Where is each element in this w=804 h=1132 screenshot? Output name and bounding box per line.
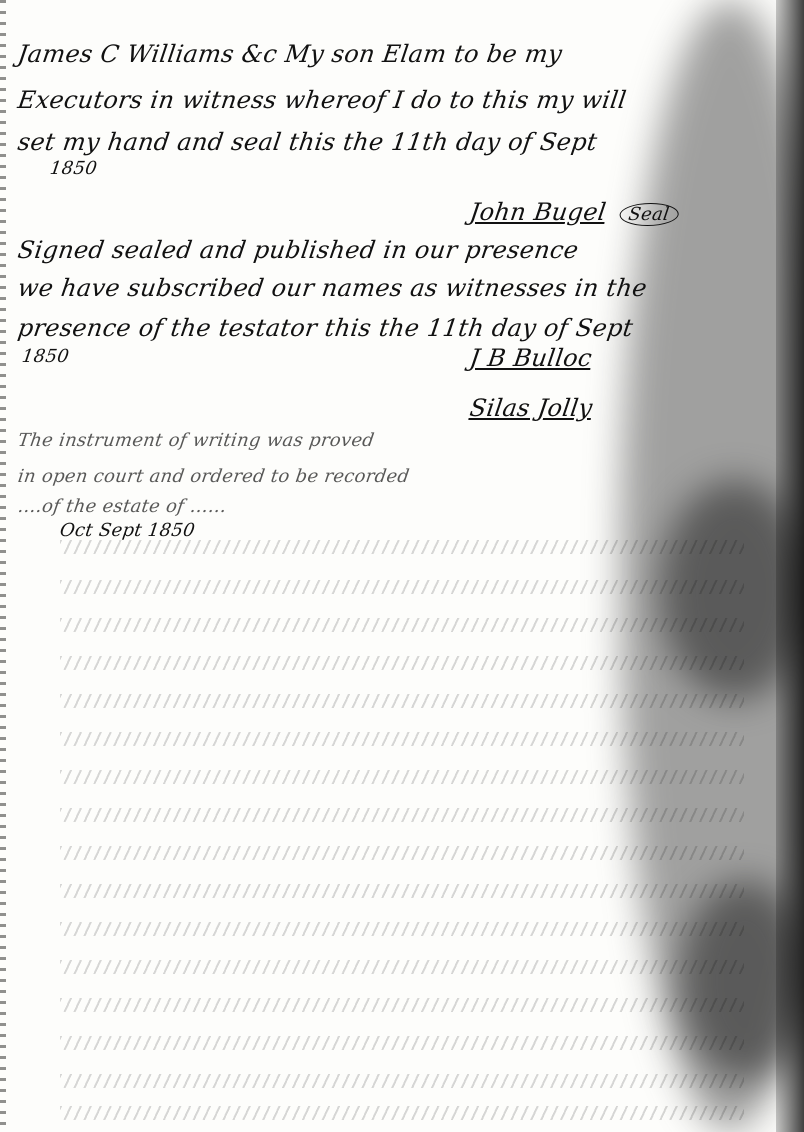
bleed-through-line	[60, 998, 744, 1012]
bleed-through-line	[60, 808, 744, 822]
bleed-through-line	[60, 846, 744, 860]
witness-signature: J B Bulloc	[468, 344, 594, 372]
text-line: ....of the estate of ......	[17, 496, 228, 517]
bleed-through-line	[60, 656, 744, 670]
signature-line: John Bugel Seal	[468, 198, 680, 226]
bleed-through-line	[60, 580, 744, 594]
testator-signature: John Bugel	[468, 198, 608, 226]
bleed-through-line	[60, 922, 744, 936]
left-page-edge	[0, 0, 6, 1132]
date-line: 1850	[21, 346, 71, 367]
witness-signature: Silas Jolly	[468, 394, 594, 422]
bleed-through-line	[60, 694, 744, 708]
bleed-through-line	[60, 960, 744, 974]
date-line: 1850	[49, 158, 99, 179]
text-line: presence of the testator this the 11th d…	[16, 314, 635, 342]
right-page-edge	[776, 0, 804, 1132]
text-line: James C Williams &c My son Elam to be my	[16, 40, 564, 68]
bleed-through-line	[60, 884, 744, 898]
bleed-through-line	[60, 770, 744, 784]
bleed-through-line	[60, 732, 744, 746]
text-line: set my hand and seal this the 11th day o…	[16, 128, 599, 156]
manuscript-page: James C Williams &c My son Elam to be my…	[0, 0, 804, 1132]
bleed-through-line	[60, 618, 744, 632]
bleed-through-line	[60, 540, 744, 554]
text-line: Signed sealed and published in our prese…	[16, 236, 580, 264]
bleed-through-line	[60, 1074, 744, 1088]
text-line: we have subscribed our names as witnesse…	[16, 274, 649, 302]
text-line: Executors in witness whereof I do to thi…	[16, 86, 628, 114]
bleed-through-line	[60, 1036, 744, 1050]
text-line: The instrument of writing was proved	[17, 430, 376, 451]
text-line: in open court and ordered to be recorded	[17, 466, 411, 487]
date-line: Oct Sept 1850	[59, 520, 197, 541]
bleed-through-line	[60, 1106, 744, 1120]
seal-mark: Seal	[618, 203, 680, 226]
